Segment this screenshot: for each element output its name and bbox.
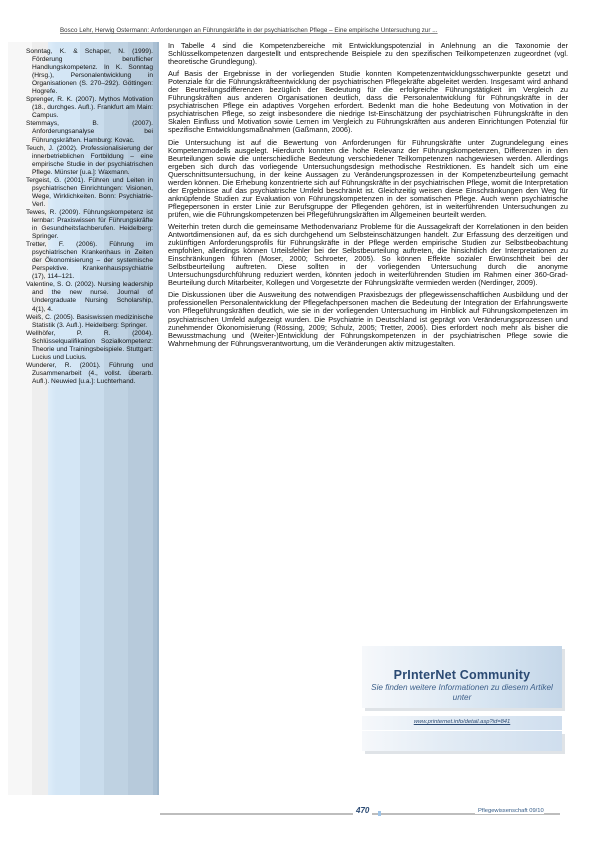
promo-box: PrInterNet Community Sie finden weitere … [362, 646, 562, 708]
promo-link[interactable]: www.printernet.info/detail.asp?id=841 [362, 716, 562, 730]
reference-item: Tretter, F. (2006). Führung im psychiatr… [26, 241, 153, 281]
reference-item: Tergeist, G. (2001). Führen und Leiten i… [26, 177, 153, 209]
reference-item: Weiß, C. (2005). Basiswissen medizinisch… [26, 314, 153, 330]
running-header: Bosco Lehr, Herwig Ostermann: Anforderun… [60, 27, 570, 34]
body-paragraph: Die Diskussionen über die Ausweitung des… [168, 291, 568, 347]
journal-reference: Pflegewissenschaft 09/10 [475, 808, 544, 814]
body-paragraph: Auf Basis der Ergebnisse in der vorliege… [168, 70, 568, 134]
reference-item: Tewes, R. (2009). Führungskompetenz ist … [26, 209, 153, 241]
reference-list: Sonntag, K. & Schaper, N. (1999). Förder… [26, 48, 153, 386]
main-body-text: In Tabelle 4 sind die Kompetenzbereiche … [168, 42, 568, 352]
body-paragraph: Weiterhin treten durch die gemeinsame Me… [168, 223, 568, 287]
reference-item: Wellhöfer, P. R. (2004). Schlüsselqualif… [26, 330, 153, 362]
body-paragraph: Die Untersuchung ist auf die Bewertung v… [168, 139, 568, 219]
page-number: 470 [353, 806, 372, 815]
promo-box-bottom [362, 731, 562, 751]
promo-title: PrInterNet Community [362, 668, 562, 682]
reference-item: Sonntag, K. & Schaper, N. (1999). Förder… [26, 48, 153, 96]
reference-item: Teuch, J. (2002). Professionalisierung d… [26, 145, 153, 177]
page-marker-icon [378, 811, 381, 816]
reference-item: Stemmays, B. (2007). Anforderungsanalyse… [26, 120, 153, 144]
reference-item: Valentine, S. O. (2002). Nursing leaders… [26, 281, 153, 313]
body-paragraph: In Tabelle 4 sind die Kompetenzbereiche … [168, 42, 568, 66]
reference-item: Sprenger, R. K. (2007). Mythos Motivatio… [26, 96, 153, 120]
reference-item: Wunderer, R. (2001). Führung und Zusamme… [26, 362, 153, 386]
promo-text: Sie finden weitere Informationen zu dies… [362, 683, 562, 703]
